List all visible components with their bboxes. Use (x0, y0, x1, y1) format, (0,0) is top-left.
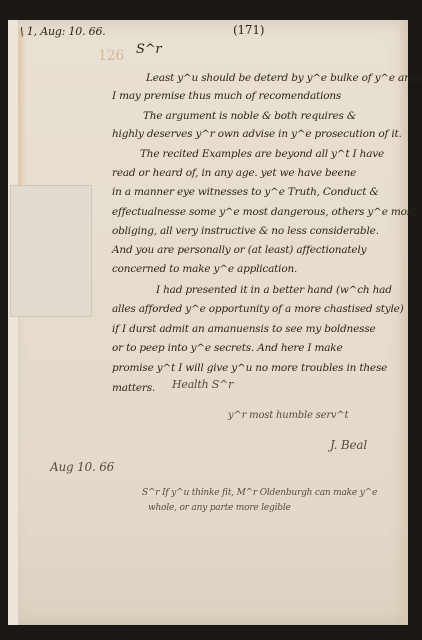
manuscript-page: \ 1, Aug: 10. 66. (171) 126 S^r Least y^… (8, 20, 408, 625)
pencil-number: 126 (98, 48, 124, 64)
letter-line: The argument is noble & both requires & (143, 110, 356, 122)
letter-line: concerned to make y^e application. (112, 263, 297, 275)
margin-date-top: \ 1, Aug: 10. 66. (20, 25, 106, 38)
closing: Health S^r (172, 378, 233, 391)
letter-line: obliging, all very instructive & no less… (112, 225, 379, 237)
letter-line: effectualnesse some y^e most dangerous, … (112, 206, 416, 218)
letter-line: I had presented it in a better hand (w^c… (156, 284, 392, 296)
folio-number: (171) (233, 23, 264, 37)
letter-line: or to peep into y^e secrets. And here I … (112, 342, 342, 354)
letter-line: Least y^u should be deterd by y^e bulke … (146, 72, 422, 84)
letter-line: matters. (112, 382, 155, 394)
letter-line: if I durst admit an amanuensis to see my… (112, 323, 376, 335)
letter-line: in a manner eye witnesses to y^e Truth, … (112, 186, 379, 198)
postscript-line: whole, or any parte more legible (148, 503, 291, 513)
letter-line: read or heard of, in any age. yet we hav… (112, 167, 356, 179)
paper-stain (18, 28, 26, 198)
salutation: S^r (136, 42, 161, 57)
signature: J. Beal (330, 438, 367, 452)
paper-repair-patch (10, 185, 92, 317)
letter-line: The recited Examples are beyond all y^t … (140, 148, 384, 160)
subscription: y^r most humble serv^t (228, 410, 348, 421)
postscript-line: S^r If y^u thinke fit, M^r Oldenburgh ca… (142, 488, 377, 498)
letter-line: promise y^t I will give y^u no more trou… (112, 362, 387, 374)
letter-line: And you are personally or (at least) aff… (112, 244, 366, 256)
letter-line: I may premise thus much of recomendation… (112, 90, 341, 102)
letter-line: highly deserves y^r own advise in y^e pr… (112, 128, 402, 140)
letter-line: alles afforded y^e opportunity of a more… (112, 303, 404, 315)
docket-date: Aug 10. 66 (50, 460, 114, 474)
page-edge (398, 20, 408, 625)
